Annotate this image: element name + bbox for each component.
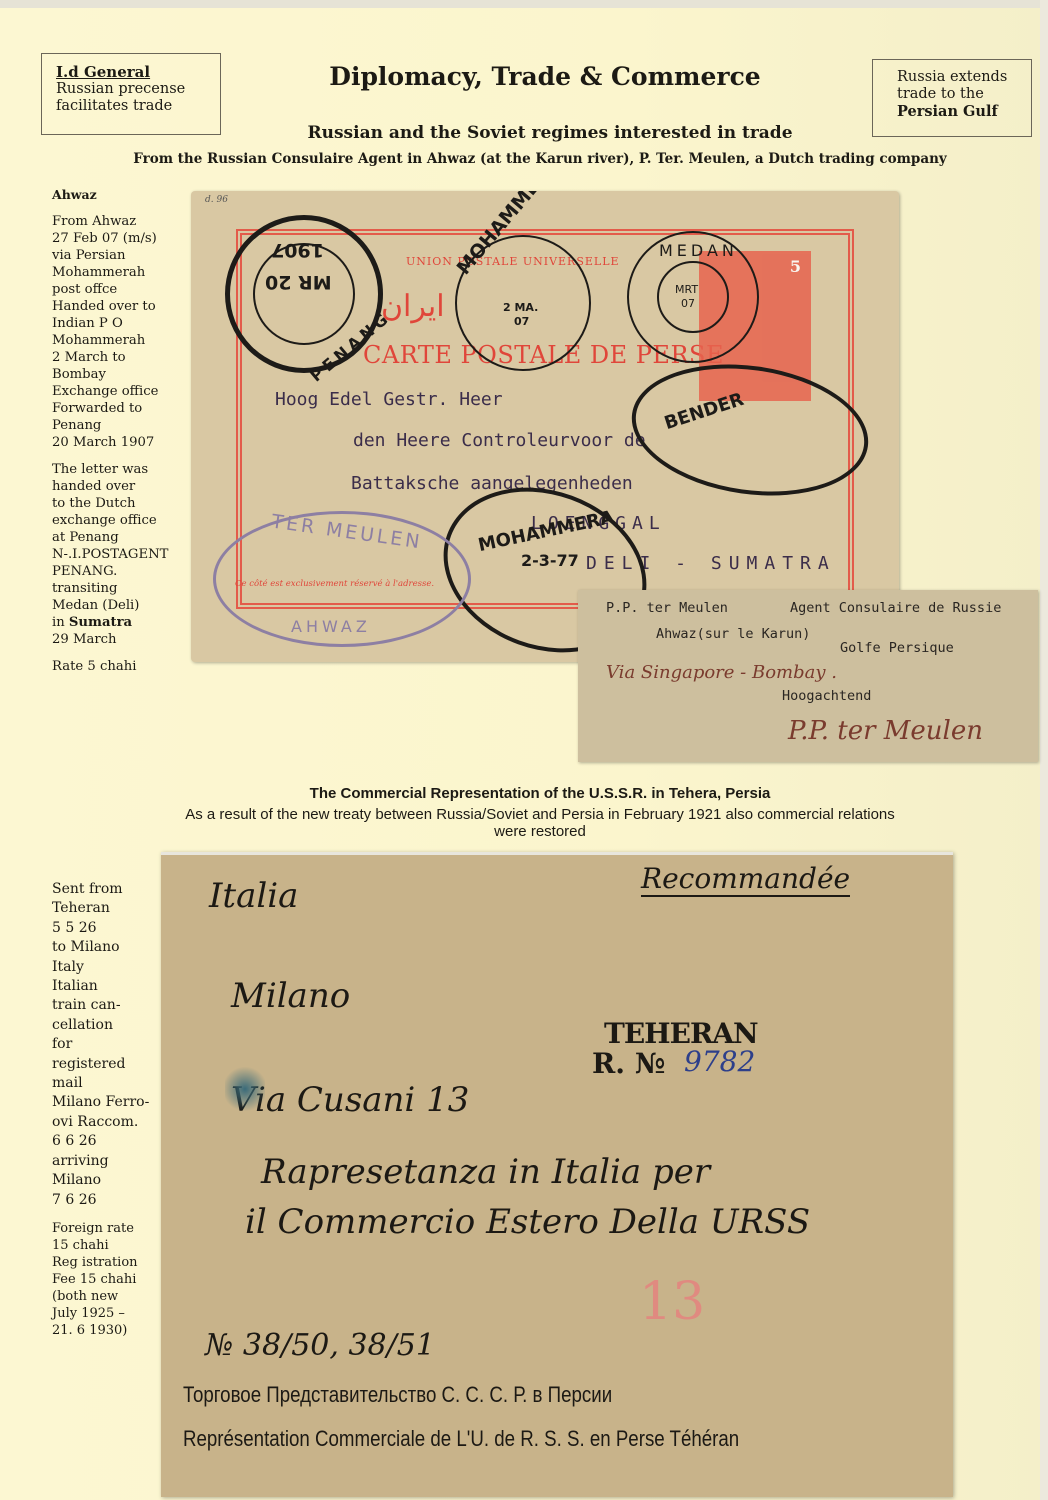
registration-prefix: R. № [592, 1047, 665, 1080]
side-line: Italy [52, 959, 84, 975]
side-line: Reg istration [52, 1255, 138, 1270]
side-line: July 1925 – [52, 1306, 125, 1321]
printed-sender-french: Représentation Commerciale de L'U. de R.… [183, 1426, 739, 1452]
side-line: Forwarded to [52, 401, 142, 416]
sender-address: Ahwaz(sur le Karun) [656, 626, 810, 642]
sleeve-edge [161, 852, 953, 855]
addressee-line: il Commercio Estero Della URSS [245, 1202, 810, 1242]
side-line: mail [52, 1075, 83, 1091]
penang-postmark-year: 1907 [271, 239, 324, 261]
side-line: to Milano [52, 939, 120, 955]
section2-description-line: As a result of the new treaty between Ru… [100, 806, 980, 823]
section2-side-description: Sent fromTeheran5 5 26to MilanoItalyItal… [52, 880, 149, 1349]
side-line: Teheran [52, 900, 110, 916]
medan-postmark-year: 07 [681, 297, 695, 310]
section2-title: The Commercial Representation of the U.S… [100, 785, 980, 802]
sender-region: Golfe Persique [840, 640, 954, 656]
section-label-heading: I.d General [56, 64, 220, 81]
side-line: Mohammerah [52, 333, 145, 348]
side-heading: Ahwaz [52, 186, 168, 203]
side-line: Fee 15 chahi [52, 1272, 136, 1287]
section-label-box: I.d General Russian precense facilitates… [41, 53, 221, 135]
medan-postmark-name: MEDAN [659, 241, 738, 260]
side-paragraph-rate: Foreign rate15 chahiReg istrationFee 15 … [52, 1220, 149, 1339]
section-label-line: Russian precense [56, 81, 220, 98]
section1-heading: From the Russian Consulaire Agent in Ahw… [40, 151, 1040, 167]
side-line: train can- [52, 997, 121, 1013]
mohammera-oval-date: 2-3-77 [521, 551, 579, 570]
side-line: 2 March to [52, 350, 126, 365]
side-rate: Rate 5 chahi [52, 658, 168, 675]
side-line: (both new [52, 1289, 118, 1304]
sender-title: Agent Consulaire de Russie [790, 600, 1001, 616]
page-title: Diplomacy, Trade & Commerce [240, 62, 850, 91]
side-paragraph-transit: The letter washanded overto the Dutchexc… [52, 461, 168, 648]
album-page: I.d General Russian precense facilitates… [0, 0, 1048, 1500]
section2-description: As a result of the new treaty between Ru… [100, 806, 980, 840]
side-line: transiting [52, 581, 117, 596]
side-line: to the Dutch [52, 496, 135, 511]
side-line: Milano Ferro- [52, 1094, 149, 1110]
side-line: Mohammerah [52, 265, 145, 280]
side-line: cellation [52, 1017, 113, 1033]
scan-top-edge [0, 0, 1048, 8]
signature: P.P. ter Meulen [788, 716, 983, 746]
side-line: Penang [52, 418, 101, 433]
side-line: 6 6 26 [52, 1133, 97, 1149]
side-line: PENANG. [52, 564, 117, 579]
side-paragraph-journey: Sent fromTeheran5 5 26to MilanoItalyItal… [52, 880, 149, 1210]
side-line: From Ahwaz [52, 214, 136, 229]
side-in: in [52, 615, 69, 630]
side-line: 7 6 26 [52, 1192, 97, 1208]
side-line: Exchange office [52, 384, 158, 399]
address-country: Italia [209, 876, 298, 916]
side-line: exchange office [52, 513, 157, 528]
side-line: 27 Feb 07 (m/s) [52, 231, 157, 246]
recommandee-label: Recommandée [641, 862, 850, 897]
side-line: The letter was [52, 462, 148, 477]
side-line: Foreign rate [52, 1221, 134, 1236]
stamp-value: 5 [790, 257, 801, 276]
side-line: at Penang [52, 530, 119, 545]
address-line: den Heere Controleurvoor de [353, 430, 646, 451]
side-line: 20 March 1907 [52, 435, 154, 450]
scan-right-edge [1040, 0, 1048, 1500]
address-street: Via Cusani 13 [231, 1080, 469, 1120]
side-line: Sent from [52, 881, 123, 897]
sender-name: P.P. ter Meulen [606, 600, 728, 616]
side-line: 5 5 26 [52, 920, 97, 936]
ink-blot [225, 1064, 265, 1114]
closing: Hoogachtend [782, 688, 871, 704]
side-line: ovi Raccom. [52, 1114, 138, 1130]
side-line: 21. 6 1930) [52, 1323, 127, 1338]
mohammera-postmark-year: 07 [514, 315, 529, 328]
theme-note-line: trade to the [897, 86, 1031, 103]
printed-sender-russian: Торговое Представительство С. С. С. Р. в… [183, 1382, 612, 1408]
side-line: Bombay [52, 367, 106, 382]
side-date: 29 March [52, 632, 117, 647]
red-pencil-number: 13 [639, 1272, 705, 1332]
postcard-reverse-excerpt: P.P. ter Meulen Agent Consulaire de Russ… [578, 590, 1038, 762]
side-sumatra: Sumatra [69, 615, 132, 630]
side-line: for [52, 1036, 72, 1052]
address-line: Hoog Edel Gestr. Heer [275, 389, 503, 410]
side-line: N-.I.POSTAGENT [52, 547, 168, 562]
side-line: arriving [52, 1153, 109, 1169]
registration-handstamp: TEHERAN R. № 9782 [586, 1017, 786, 1097]
side-line: Italian [52, 978, 98, 994]
ter-meulen-cachet-place: AHWAZ [291, 617, 371, 636]
section1-description: Ahwaz From Ahwaz27 Feb 07 (m/s)via Persi… [52, 186, 168, 685]
theme-note-bold: Persian Gulf [897, 103, 1031, 120]
mohammera-postmark-date: 2 MA. [503, 301, 538, 314]
side-line: Handed over to [52, 299, 156, 314]
section-label-line: facilitates trade [56, 98, 220, 115]
theme-note-line: Russia extends [897, 69, 1031, 86]
penang-postmark-date: MR 20 [265, 271, 332, 293]
registration-number: 9782 [684, 1045, 755, 1078]
medan-postmark-month: MRT [675, 283, 698, 296]
side-line: Indian P O [52, 316, 123, 331]
side-paragraph-route: From Ahwaz27 Feb 07 (m/s)via PersianMoha… [52, 213, 168, 451]
corner-note: d. 96 [205, 195, 228, 205]
side-line: via Persian [52, 248, 125, 263]
side-line: registered [52, 1056, 125, 1072]
address-line: Battaksche aangelegenheden [351, 473, 633, 494]
side-line: Milano [52, 1172, 101, 1188]
address-city: Milano [231, 976, 350, 1016]
side-line: post offce [52, 282, 117, 297]
page-subtitle: Russian and the Soviet regimes intereste… [230, 123, 870, 143]
side-line: Medan (Deli) [52, 598, 139, 613]
side-line: 15 chahi [52, 1238, 109, 1253]
routing-instruction: Via Singapore - Bombay . [606, 662, 837, 683]
theme-note-box: Russia extends trade to the Persian Gulf [872, 59, 1032, 137]
reference-numbers: № 38/50, 38/51 [205, 1328, 435, 1363]
addressee-line: Rapresetanza in Italia per [261, 1152, 710, 1192]
section2-description-line: were restored [100, 823, 980, 840]
registered-cover: Recommandée Italia Milano Via Cusani 13 … [161, 852, 953, 1497]
side-line: handed over [52, 479, 135, 494]
